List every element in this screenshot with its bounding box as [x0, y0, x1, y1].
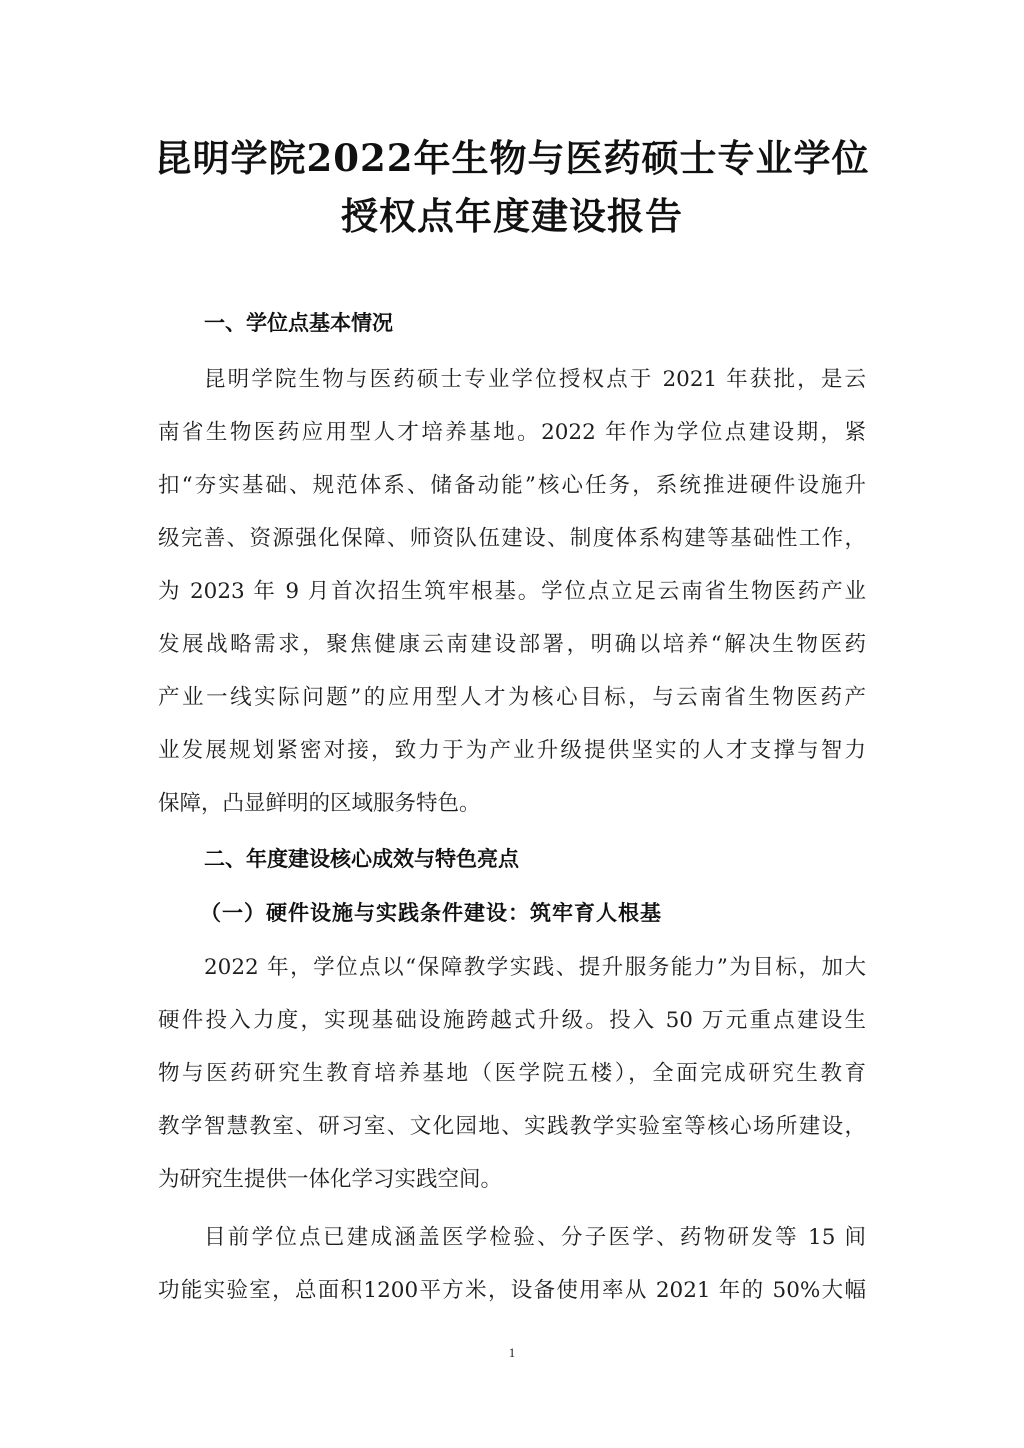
page-number: 1 [0, 1345, 1024, 1361]
paragraph-line: 教学智慧教室、研习室、文化园地、实践教学实验室等核心场所建设， [158, 1109, 866, 1140]
paragraph-line: 目前学位点已建成涵盖医学检验、分子医学、药物研发等 15 间 [204, 1220, 866, 1251]
paragraph-line: 南省生物医药应用型人才培养基地。2022 年作为学位点建设期，紧 [158, 415, 866, 446]
paragraph-line: 2022 年，学位点以“保障教学实践、提升服务能力”为目标，加大 [204, 950, 866, 981]
paragraph-line: 功能实验室，总面积1200平方米，设备使用率从 2021 年的 50%大幅 [158, 1273, 866, 1304]
paragraph-line: 扣“夯实基础、规范体系、储备动能”核心任务，系统推进硬件设施升 [158, 468, 866, 499]
section-heading-achievements: 二、年度建设核心成效与特色亮点 [204, 843, 519, 873]
section-heading-basic-info: 一、学位点基本情况 [204, 307, 393, 337]
document-page: 昆明学院2022年生物与医药硕士专业学位 授权点年度建设报告 一、学位点基本情况… [0, 0, 1024, 1448]
paragraph-line: 物与医药研究生教育培养基地（医学院五楼），全面完成研究生教育 [158, 1056, 866, 1087]
paragraph-line: 级完善、资源强化保障、师资队伍建设、制度体系构建等基础性工作， [158, 521, 866, 552]
paragraph-line: 保障，凸显鲜明的区域服务特色。 [158, 786, 866, 817]
subsection-heading-hardware: （一）硬件设施与实践条件建设：筑牢育人根基 [200, 897, 662, 927]
paragraph-line: 产业一线实际问题”的应用型人才为核心目标，与云南省生物医药产 [158, 680, 866, 711]
document-title-line-1: 昆明学院2022年生物与医药硕士专业学位 [0, 128, 1024, 182]
paragraph-line: 硬件投入力度，实现基础设施跨越式升级。投入 50 万元重点建设生 [158, 1003, 866, 1034]
paragraph-line: 为研究生提供一体化学习实践空间。 [158, 1162, 866, 1193]
document-title-line-2: 授权点年度建设报告 [0, 186, 1024, 240]
paragraph-line: 业发展规划紧密对接，致力于为产业升级提供坚实的人才支撑与智力 [158, 733, 866, 764]
paragraph-line: 为 2023 年 9 月首次招生筑牢根基。学位点立足云南省生物医药产业 [158, 574, 866, 605]
paragraph-line: 昆明学院生物与医药硕士专业学位授权点于 2021 年获批，是云 [204, 362, 866, 393]
paragraph-line: 发展战略需求，聚焦健康云南建设部署，明确以培养“解决生物医药 [158, 627, 866, 658]
